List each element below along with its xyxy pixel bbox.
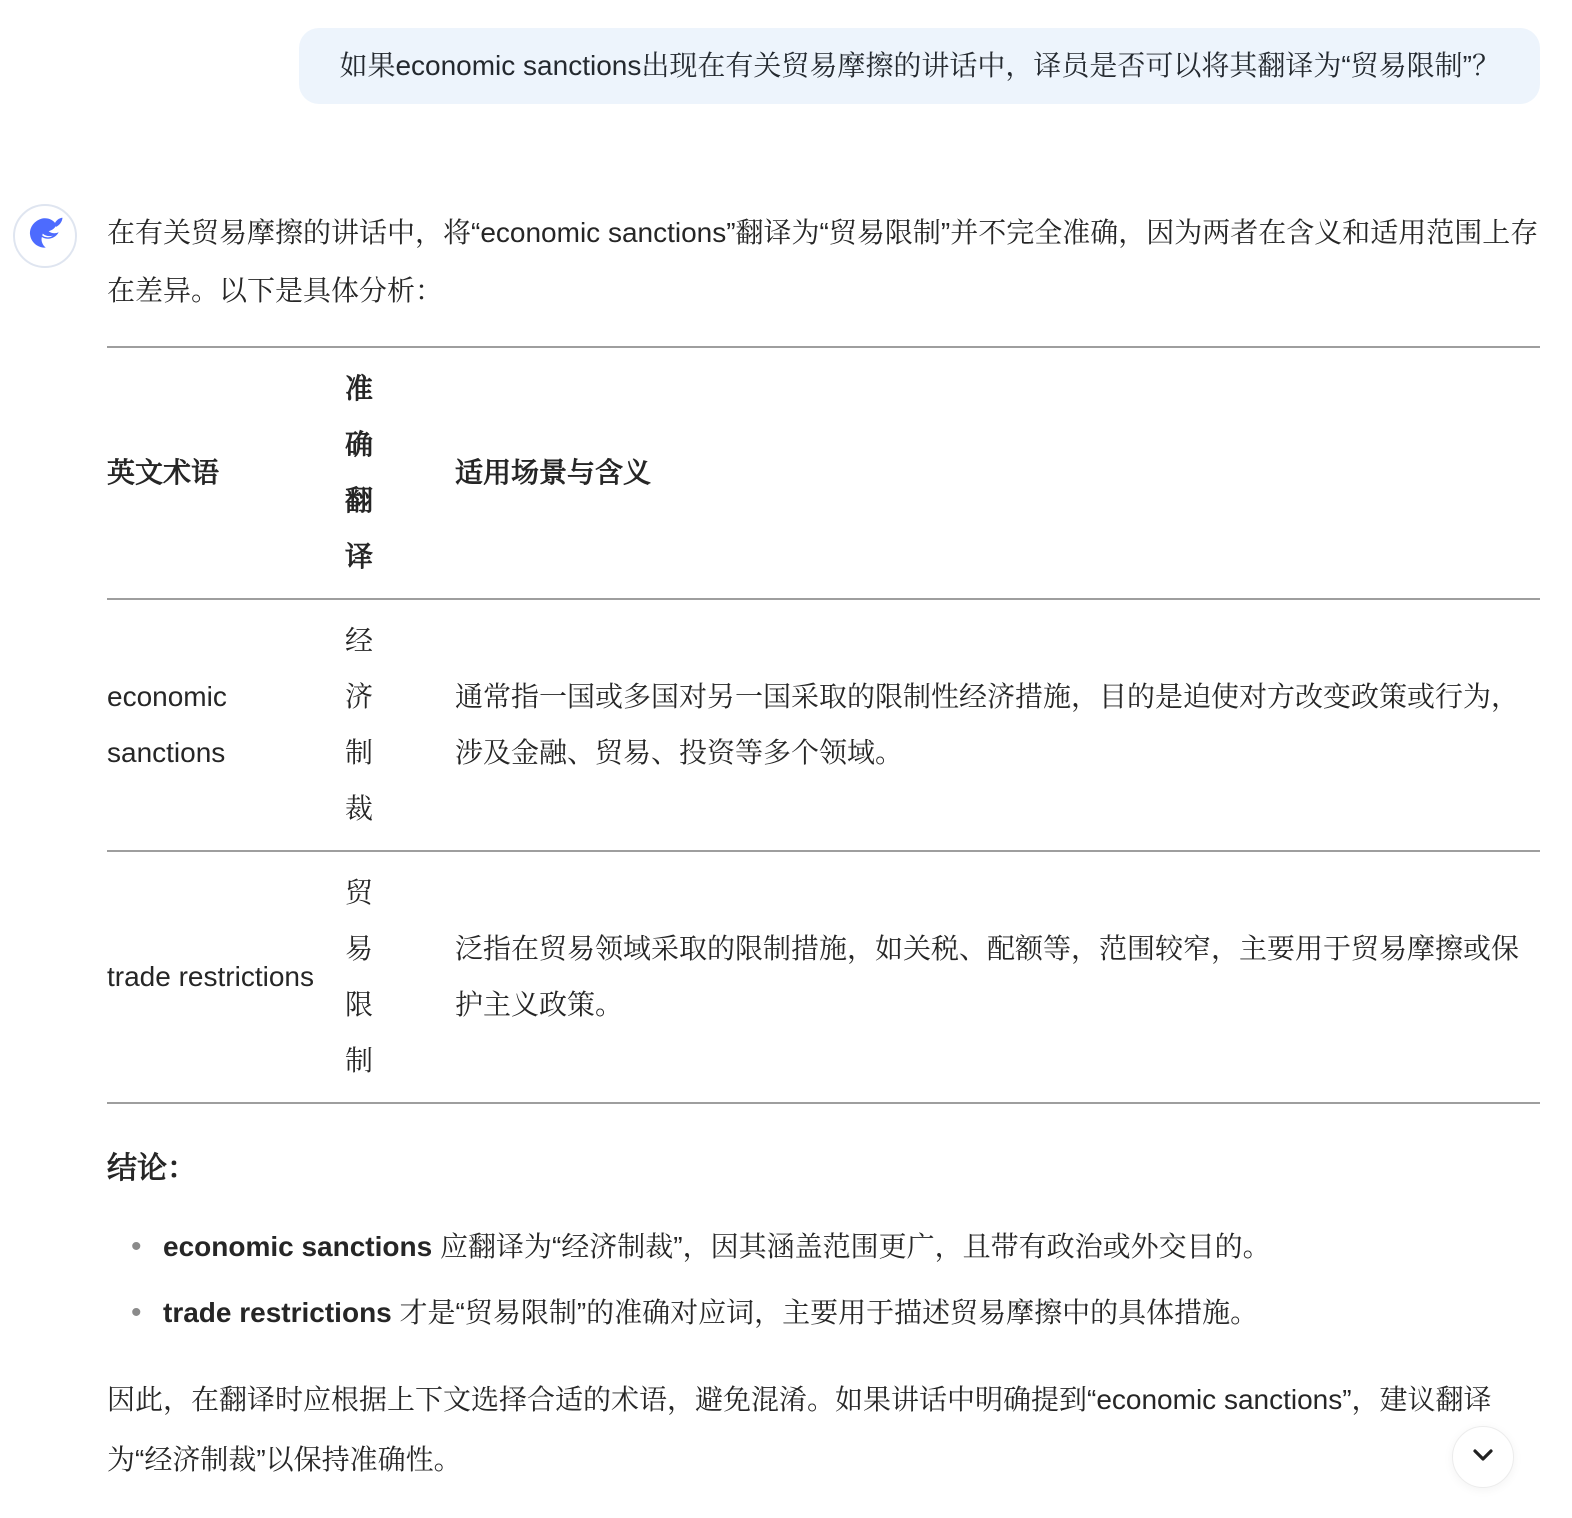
- header-accurate-translation: 准确翻译: [345, 347, 385, 599]
- table-row: trade restrictions 贸易限制 泛指在贸易领域采取的限制措施，如…: [107, 851, 1540, 1103]
- conclusion-heading: 结论：: [107, 1140, 1540, 1198]
- cell-term-trade-restrictions: trade restrictions: [107, 851, 345, 1103]
- bullet-dot-icon: •: [131, 1218, 142, 1276]
- header-usage-meaning: 适用场景与含义: [385, 347, 1540, 599]
- bullet-term: trade restrictions: [163, 1297, 392, 1328]
- chevron-down-icon: [1468, 1440, 1498, 1475]
- bullet-term: economic sanctions: [163, 1231, 432, 1262]
- user-message-row: 如果economic sanctions出现在有关贸易摩擦的讲话中，译员是否可以…: [0, 0, 1572, 104]
- cell-term-economic-sanctions: economic sanctions: [107, 599, 345, 851]
- bullet-text: 应翻译为“经济制裁”，因其涵盖范围更广，且带有政治或外交目的。: [432, 1231, 1270, 1262]
- assistant-avatar: [13, 204, 77, 268]
- conclusion-list: •economic sanctions 应翻译为“经济制裁”，因其涵盖范围更广，…: [107, 1218, 1540, 1342]
- scroll-to-bottom-button[interactable]: [1452, 1426, 1514, 1488]
- cell-translation-economic-sanctions: 经济制裁: [345, 599, 385, 851]
- user-message-bubble: 如果economic sanctions出现在有关贸易摩擦的讲话中，译员是否可以…: [299, 28, 1540, 104]
- cell-description-economic-sanctions: 通常指一国或多国对另一国采取的限制性经济措施，目的是迫使对方改变政策或行为，涉及…: [385, 599, 1540, 851]
- assistant-closing-paragraph: 因此，在翻译时应根据上下文选择合适的术语，避免混淆。如果讲话中明确提到“econ…: [107, 1370, 1540, 1490]
- bullet-text: 才是“贸易限制”的准确对应词，主要用于描述贸易摩擦中的具体措施。: [392, 1297, 1258, 1328]
- bullet-dot-icon: •: [131, 1284, 142, 1342]
- terminology-table: 英文术语 准确翻译 适用场景与含义 economic sanctions 经济制…: [107, 346, 1540, 1104]
- cell-translation-trade-restrictions: 贸易限制: [345, 851, 385, 1103]
- assistant-message-row: 在有关贸易摩擦的讲话中，将“economic sanctions”翻译为“贸易限…: [0, 204, 1572, 1490]
- cell-description-trade-restrictions: 泛指在贸易领域采取的限制措施，如关税、配额等，范围较窄，主要用于贸易摩擦或保护主…: [385, 851, 1540, 1103]
- assistant-message-content: 在有关贸易摩擦的讲话中，将“economic sanctions”翻译为“贸易限…: [107, 204, 1540, 1490]
- table-header-row: 英文术语 准确翻译 适用场景与含义: [107, 347, 1540, 599]
- table-row: economic sanctions 经济制裁 通常指一国或多国对另一国采取的限…: [107, 599, 1540, 851]
- assistant-intro-paragraph: 在有关贸易摩擦的讲话中，将“economic sanctions”翻译为“贸易限…: [107, 204, 1540, 320]
- header-english-term: 英文术语: [107, 347, 345, 599]
- deepseek-whale-icon: [24, 213, 66, 260]
- list-item: •trade restrictions 才是“贸易限制”的准确对应词，主要用于描…: [107, 1284, 1540, 1342]
- list-item: •economic sanctions 应翻译为“经济制裁”，因其涵盖范围更广，…: [107, 1218, 1540, 1276]
